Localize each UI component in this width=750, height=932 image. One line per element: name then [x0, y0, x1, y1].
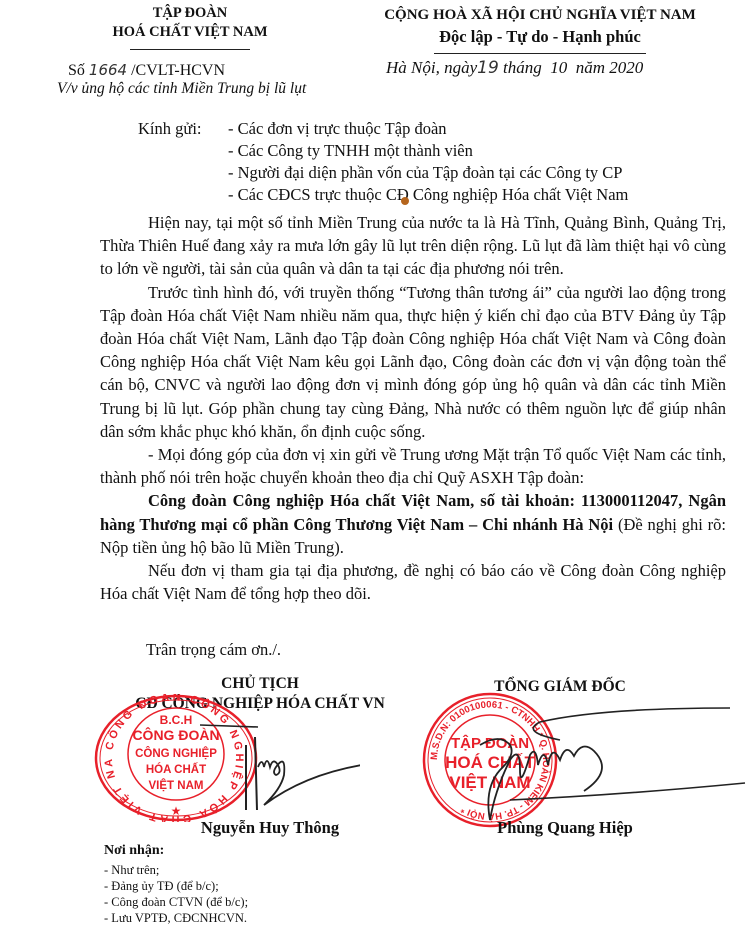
svg-text:B.C.H: B.C.H — [160, 713, 193, 727]
motto-divider — [434, 53, 646, 54]
distribution-list: Nơi nhận: - Như trên; - Đảng ủy TĐ (để b… — [104, 843, 248, 926]
body-paragraph-4: Nếu đơn vị tham gia tại địa phương, đề n… — [100, 559, 726, 605]
body-paragraph-3: - Mọi đóng góp của đơn vị xin gửi về Tru… — [100, 443, 726, 489]
date-prefix: Hà Nội, ngày — [386, 58, 477, 77]
svg-text:HÓA CHẤT: HÓA CHẤT — [146, 763, 206, 776]
signer-right-name: Phùng Quang Hiệp — [445, 818, 685, 838]
addressee-item: - Các đơn vị trực thuộc Tập đoàn — [228, 118, 628, 140]
addressee-item: - Các Công ty TNHH một thành viên — [228, 140, 628, 162]
distribution-item: - Công đoàn CTVN (để b/c); — [104, 894, 248, 910]
addressees-list: - Các đơn vị trực thuộc Tập đoàn - Các C… — [228, 118, 628, 206]
national-header: CỘNG HOÀ XÃ HỘI CHỦ NGHĨA VIỆT NAM Độc l… — [355, 4, 725, 54]
distribution-title: Nơi nhận: — [104, 843, 248, 859]
svg-text:★: ★ — [171, 804, 182, 818]
date-rest: tháng 10 năm 2020 — [503, 58, 643, 77]
issuer-header: TẬP ĐOÀN HOÁ CHẤT VIỆT NAM — [80, 4, 300, 54]
body-paragraph-1: Hiện nay, tại một số tỉnh Miền Trung của… — [100, 211, 726, 281]
addressee-item: - Người đại diện phần vốn của Tập đoàn t… — [228, 162, 628, 184]
letter-body: Hiện nay, tại một số tỉnh Miền Trung của… — [100, 211, 726, 605]
distribution-item: - Lưu VPTĐ, CĐCNHCVN. — [104, 910, 248, 926]
ink-mark — [401, 197, 409, 205]
national-title: CỘNG HOÀ XÃ HỘI CHỦ NGHĨA VIỆT NAM — [355, 4, 725, 26]
issuer-divider — [130, 49, 250, 50]
date-day-handwritten: 19 — [477, 58, 499, 78]
bank-details: Công đoàn Công nghiệp Hóa chất Việt Nam,… — [100, 489, 726, 559]
signature-left-icon — [200, 715, 360, 815]
distribution-item: - Như trên; — [104, 862, 248, 878]
document-number-handwritten: 1664 — [89, 61, 127, 79]
distribution-item: - Đảng ủy TĐ (để b/c); — [104, 878, 248, 894]
signature-right-icon — [470, 700, 750, 825]
signer-left-name: Nguyễn Huy Thông — [150, 818, 390, 838]
addressees-label: Kính gửi: — [138, 118, 202, 140]
closing-line: Trân trọng cám ơn./. — [146, 640, 281, 660]
body-paragraph-2: Trước tình hình đó, với truyền thống “Tư… — [100, 281, 726, 443]
issuer-line-1: TẬP ĐOÀN — [80, 4, 300, 23]
document-number-prefix: Số — [68, 62, 85, 79]
signer-left-title-line-1: CHỦ TỊCH — [100, 674, 420, 694]
document-number: Số 1664 /CVLT-HCVN — [68, 61, 225, 80]
document-subject: V/v ủng hộ các tỉnh Miền Trung bị lũ lụt — [57, 80, 306, 98]
issuer-line-2: HOÁ CHẤT VIỆT NAM — [80, 23, 300, 42]
national-motto: Độc lập - Tự do - Hạnh phúc — [355, 26, 725, 48]
document-number-suffix: /CVLT-HCVN — [131, 62, 225, 79]
addressee-item: - Các CĐCS trực thuộc CĐ Công nghiệp Hóa… — [228, 184, 628, 206]
document-date: Hà Nội, ngày19 tháng 10 năm 2020 — [386, 58, 643, 78]
svg-text:VIỆT NAM: VIỆT NAM — [149, 779, 204, 792]
